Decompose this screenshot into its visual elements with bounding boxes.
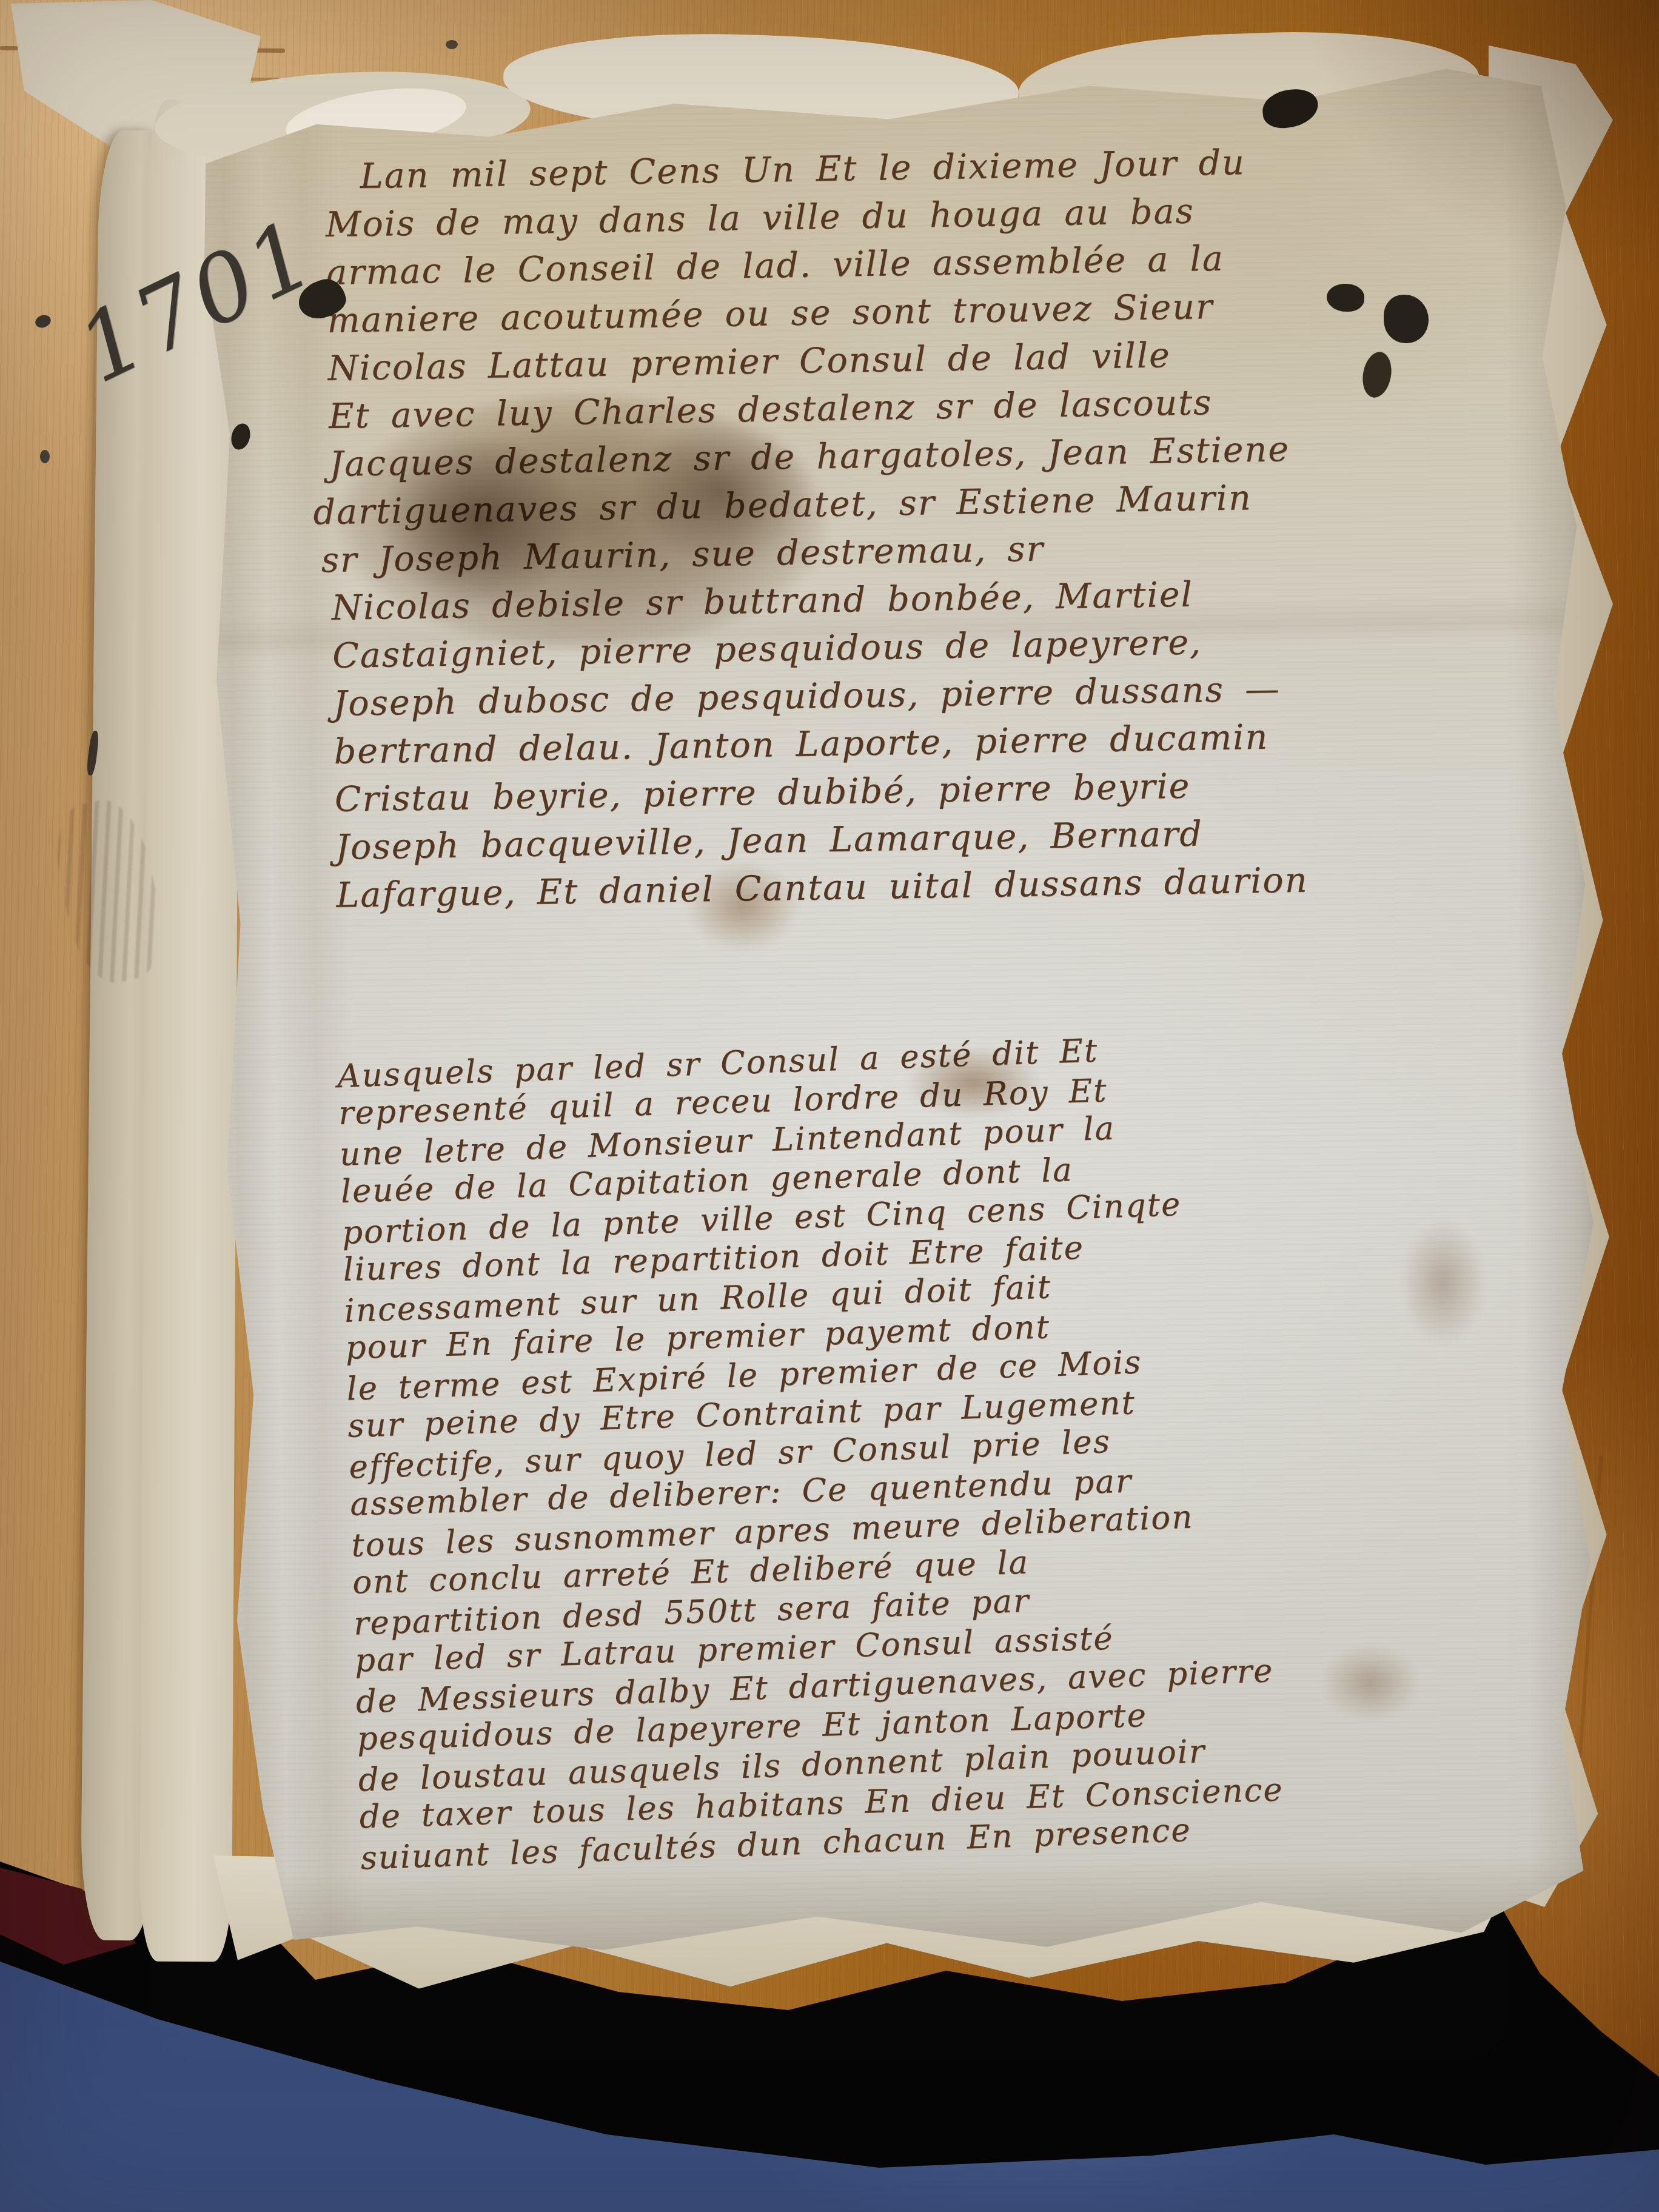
ink-stain — [340, 400, 618, 643]
ink-stain — [667, 846, 819, 967]
ink-stain — [882, 1034, 1064, 1131]
ink-stain — [1386, 1198, 1501, 1367]
ink-blot — [1327, 284, 1364, 312]
ink-stain — [594, 388, 849, 594]
ink-stain — [1304, 1631, 1437, 1734]
ink-blot — [446, 40, 458, 49]
paragraph-2: Ausquels par led sr Consul a esté dit Et… — [337, 1022, 1494, 1876]
photo-canvas: Lan mil sept Cens Un Et le dixieme Jour … — [0, 0, 1659, 2212]
ink-blot — [1384, 295, 1429, 343]
ink-blot — [40, 450, 50, 463]
